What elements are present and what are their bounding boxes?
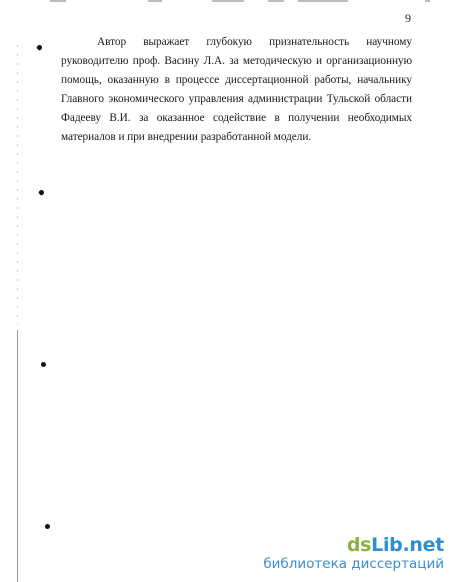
margin-bullet-mark	[36, 44, 43, 51]
scan-artifact	[148, 0, 162, 2]
dslib-watermark: dsLib.net библиотека диссертаций	[263, 535, 444, 572]
logo-suffix: Lib.net	[371, 534, 444, 556]
scan-artifact	[212, 0, 244, 2]
scan-artifact	[50, 0, 66, 2]
scan-top-edge	[0, 0, 450, 3]
scan-artifact	[425, 0, 430, 2]
margin-bullet-mark	[41, 362, 46, 367]
dslib-tagline: библиотека диссертаций	[263, 556, 444, 572]
acknowledgement-text: Автор выражает глубокую признательность …	[61, 33, 412, 147]
logo-prefix: ds	[347, 534, 371, 556]
margin-scan-rule	[17, 330, 18, 582]
margin-bullet-mark	[38, 189, 45, 196]
acknowledgement-paragraph: Автор выражает глубокую признательность …	[61, 33, 412, 147]
dslib-logo: dsLib.net	[263, 535, 444, 555]
page-number: 9	[405, 11, 411, 26]
scan-artifact	[268, 0, 284, 2]
margin-bullet-mark	[45, 524, 50, 529]
margin-scan-dots	[17, 45, 18, 325]
scan-artifact	[298, 0, 348, 2]
